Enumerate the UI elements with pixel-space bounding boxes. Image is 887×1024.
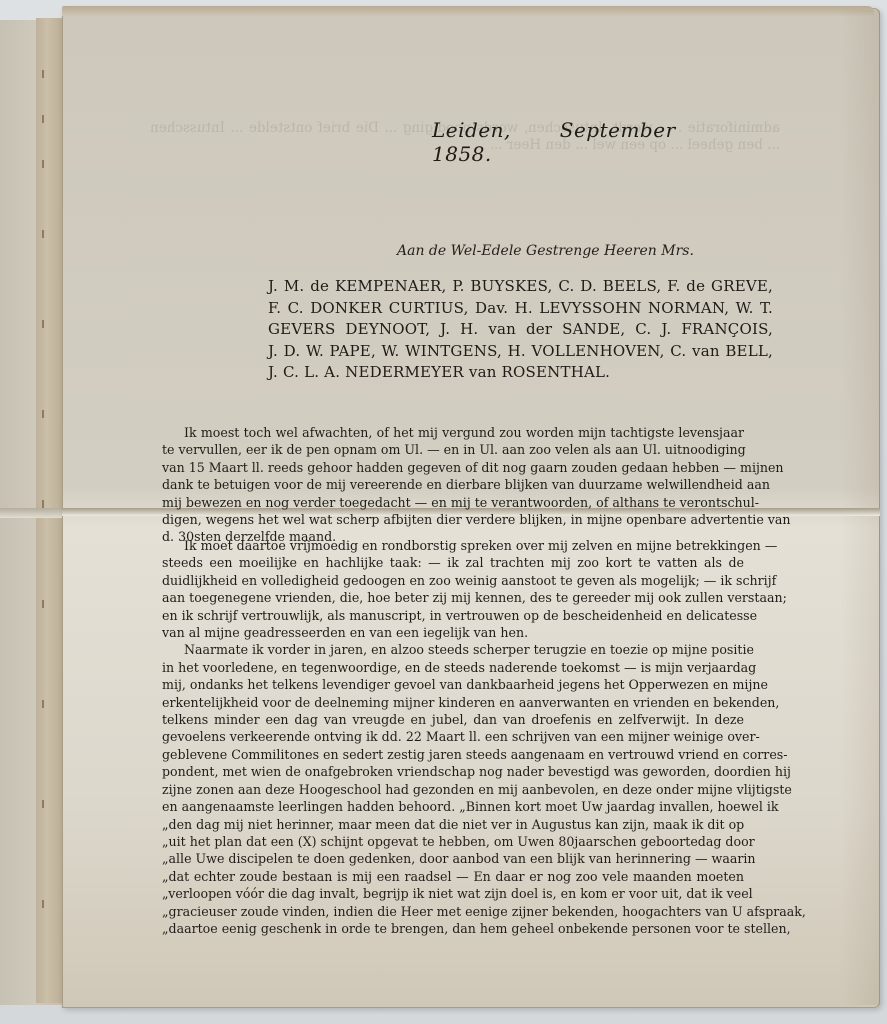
- text-line: geblevene Commilitones en sedert zestig …: [162, 746, 744, 763]
- stitch-mark: [42, 800, 44, 808]
- salutation: Aan de Wel-Edele Gestrenge Heeren Mrs.: [397, 243, 777, 259]
- text-line: Ik moest toch wel afwachten, of het mij …: [162, 424, 744, 441]
- left-page-crease: [0, 508, 70, 518]
- addressee-line: J. D. W. PAPE, W. WINTGENS, H. VOLLENHOV…: [268, 341, 773, 363]
- text-line: van 15 Maart ll. reeds gehoor hadden geg…: [162, 459, 744, 476]
- text-line: mij bewezen en nog verder toegedacht — e…: [162, 494, 744, 511]
- text-line: mij, ondanks het telkens levendiger gevo…: [162, 676, 744, 693]
- text-line: „dat echter zoude bestaan is mij een raa…: [162, 868, 744, 885]
- stitch-mark: [42, 70, 44, 78]
- text-line: te vervullen, eer ik de pen opnam om Ul.…: [162, 441, 744, 458]
- text-line: „gracieuser zoude vinden, indien die Hee…: [162, 903, 744, 920]
- text-line: „alle Uwe discipelen te doen gedenken, d…: [162, 850, 744, 867]
- page-top-edge: [62, 6, 874, 16]
- text-line: „den dag mij niet herinner, maar meen da…: [162, 816, 744, 833]
- text-line: „uit het plan dat een (X) schijnt opgeva…: [162, 833, 744, 850]
- text-line: en ik schrijf vertrouwlijk, als manuscri…: [162, 607, 744, 624]
- text-line: Ik moet daartoe vrijmoedig en rondborsti…: [162, 537, 744, 554]
- stitch-mark: [42, 700, 44, 708]
- stitch-mark: [42, 900, 44, 908]
- text-line: aan toegenegene vrienden, die, hoe beter…: [162, 589, 744, 606]
- stitch-mark: [42, 600, 44, 608]
- addressee-list: J. M. de KEMPENAER, P. BUYSKES, C. D. BE…: [268, 276, 773, 384]
- text-line: Naarmate ik vorder in jaren, en alzoo st…: [162, 641, 744, 658]
- paragraph-2: Ik moet daartoe vrijmoedig en rondborsti…: [162, 537, 744, 937]
- addressee-line: F. C. DONKER CURTIUS, Dav. H. LEVYSSOHN …: [268, 298, 773, 320]
- stitch-mark: [42, 410, 44, 418]
- text-line: zijne zonen aan deze Hoogeschool had gez…: [162, 781, 744, 798]
- text-line: dank te betuigen voor de mij vereerende …: [162, 476, 744, 493]
- text-line: van al mijne geadresseerden en van een i…: [162, 624, 744, 641]
- stitch-mark: [42, 160, 44, 168]
- stitch-mark: [42, 230, 44, 238]
- text-line: en aangenaamste leerlingen hadden behoor…: [162, 798, 744, 815]
- text-line: erkentelijkheid voor de deelneming mijne…: [162, 694, 744, 711]
- text-line: duidlijkheid en volledigheid gedoogen en…: [162, 572, 744, 589]
- dateline: Leiden, September 1858.: [432, 118, 732, 166]
- text-line: gevoelens verkeerende ontving ik dd. 22 …: [162, 728, 744, 745]
- text-line: „daartoe eenig geschenk in orde te breng…: [162, 920, 744, 937]
- text-line: in het voorledene, en tegenwoordige, en …: [162, 659, 744, 676]
- stitch-mark: [42, 320, 44, 328]
- text-line: telkens minder een dag van vreugde en ju…: [162, 711, 744, 728]
- text-line: digen, wegens het wel wat scherp afbijte…: [162, 511, 744, 528]
- addressee-line: GEVERS DEYNOOT, J. H. van der SANDE, C. …: [268, 319, 773, 341]
- text-line: pondent, met wien de onafgebroken vriend…: [162, 763, 744, 780]
- text-line: „verloopen vóór die dag invalt, begrijp …: [162, 885, 744, 902]
- addressee-line: J. M. de KEMPENAER, P. BUYSKES, C. D. BE…: [268, 276, 773, 298]
- stitch-mark: [42, 500, 44, 508]
- dateline-place: Leiden,: [432, 118, 511, 142]
- addressee-line: J. C. L. A. NEDERMEYER van ROSENTHAL.: [268, 362, 773, 384]
- paragraph-1: Ik moest toch wel afwachten, of het mij …: [162, 424, 744, 546]
- text-line: steeds een moeilijke en hachlijke taak: …: [162, 554, 744, 571]
- stitch-mark: [42, 115, 44, 123]
